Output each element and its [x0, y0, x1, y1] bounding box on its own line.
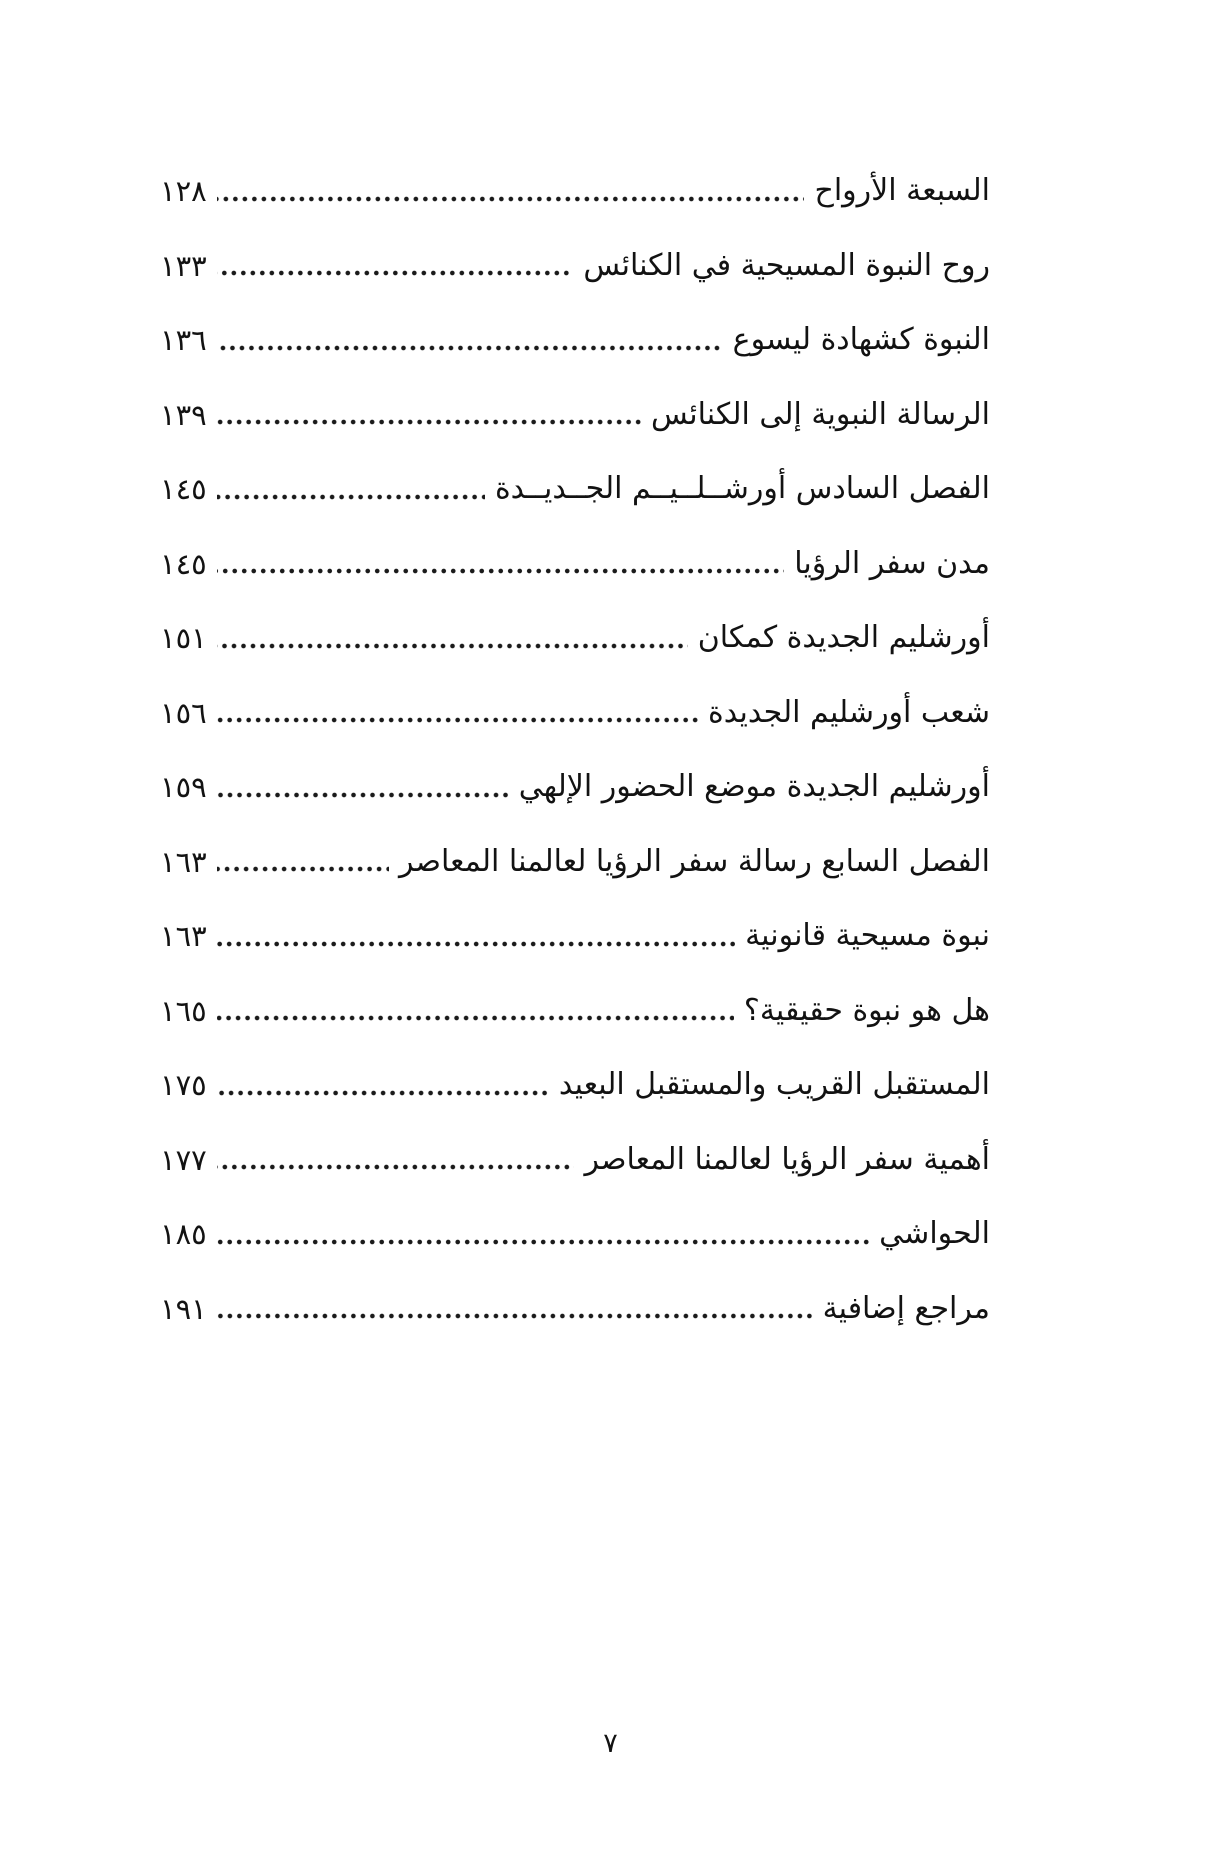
toc-entry-title: مراجع إضافية	[823, 1293, 990, 1325]
toc-dotted-leader	[217, 568, 784, 574]
toc-entry-title: الفصل السادس أورشــلــيــم الجــديــدة	[495, 473, 990, 505]
toc-entry-title: أورشليم الجديدة موضع الحضور الإلهي	[519, 771, 990, 803]
toc-dotted-leader	[217, 792, 509, 798]
toc-row: هل هو نبوة حقيقية؟ ١٦٥	[160, 952, 990, 1027]
toc-page-number: ١٢٨	[160, 176, 207, 206]
toc-entry-title: الحواشي	[879, 1218, 990, 1250]
toc-page-number: ١٥١	[160, 623, 207, 653]
toc-row: أورشليم الجديدة موضع الحضور الإلهي ١٥٩	[160, 728, 990, 803]
toc-page-number: ١٥٩	[160, 772, 207, 802]
toc-dotted-leader	[217, 643, 688, 649]
toc-entry-title: هل هو نبوة حقيقية؟	[744, 995, 990, 1027]
toc-page-number: ١٦٥	[160, 996, 207, 1026]
toc-entry-title: أورشليم الجديدة كمكان	[698, 622, 990, 654]
toc-page-number: ١٧٧	[160, 1145, 207, 1175]
toc-dotted-leader	[217, 196, 805, 202]
toc-entry-title: مدن سفر الرؤيا	[794, 548, 990, 580]
toc-row: مراجع إضافية ١٩١	[160, 1250, 990, 1325]
toc-entry-title: روح النبوة المسيحية في الكنائس	[583, 250, 990, 282]
toc-row: شعب أورشليم الجديدة ١٥٦	[160, 654, 990, 729]
toc-page-number: ١٧٥	[160, 1070, 207, 1100]
toc-page-number: ١٣٦	[160, 325, 207, 355]
toc-list: السبعة الأرواح ١٢٨ روح النبوة المسيحية ف…	[160, 132, 990, 1324]
toc-page-number: ١٣٩	[160, 400, 207, 430]
toc-dotted-leader	[217, 1313, 813, 1319]
toc-row: النبوة كشهادة ليسوع ١٣٦	[160, 281, 990, 356]
toc-page-number: ١٦٣	[160, 921, 207, 951]
page-number-footer: ٧	[0, 1728, 1221, 1759]
toc-entry-title: أهمية سفر الرؤيا لعالمنا المعاصر	[584, 1144, 990, 1176]
toc-dotted-leader	[217, 270, 574, 276]
toc-page-number: ١٩١	[160, 1294, 207, 1324]
toc-page-number: ١٦٣	[160, 847, 207, 877]
toc-entry-title: المستقبل القريب والمستقبل البعيد	[559, 1069, 990, 1101]
toc-entry-title: الفصل السابع رسالة سفر الرؤيا لعالمنا ال…	[399, 846, 990, 878]
toc-row: الرسالة النبوية إلى الكنائس ١٣٩	[160, 356, 990, 431]
toc-entry-title: الرسالة النبوية إلى الكنائس	[651, 399, 990, 431]
toc-page-number: ١٥٦	[160, 698, 207, 728]
toc-row: أهمية سفر الرؤيا لعالمنا المعاصر ١٧٧	[160, 1101, 990, 1176]
toc-page-number: ١٤٥	[160, 474, 207, 504]
toc-dotted-leader	[217, 1164, 575, 1170]
toc-page-number: ١٨٥	[160, 1219, 207, 1249]
toc-row: الفصل السادس أورشــلــيــم الجــديــدة ١…	[160, 430, 990, 505]
toc-row: المستقبل القريب والمستقبل البعيد ١٧٥	[160, 1026, 990, 1101]
toc-dotted-leader	[217, 1239, 869, 1245]
toc-dotted-leader	[217, 345, 723, 351]
toc-page-number: ١٤٥	[160, 549, 207, 579]
toc-row: السبعة الأرواح ١٢٨	[160, 132, 990, 207]
toc-dotted-leader	[217, 494, 485, 500]
toc-dotted-leader	[217, 717, 698, 723]
toc-dotted-leader	[217, 1090, 549, 1096]
toc-page-number: ١٣٣	[160, 251, 207, 281]
toc-entry-title: شعب أورشليم الجديدة	[708, 697, 990, 729]
toc-dotted-leader	[217, 941, 735, 947]
toc-row: روح النبوة المسيحية في الكنائس ١٣٣	[160, 207, 990, 282]
toc-row: مدن سفر الرؤيا ١٤٥	[160, 505, 990, 580]
toc-row: الفصل السابع رسالة سفر الرؤيا لعالمنا ال…	[160, 803, 990, 878]
toc-row: الحواشي ١٨٥	[160, 1175, 990, 1250]
toc-dotted-leader	[217, 866, 389, 872]
toc-dotted-leader	[217, 1015, 734, 1021]
toc-entry-title: نبوة مسيحية قانونية	[745, 920, 990, 952]
toc-dotted-leader	[217, 419, 641, 425]
book-page: السبعة الأرواح ١٢٨ روح النبوة المسيحية ف…	[0, 0, 1221, 1851]
toc-entry-title: النبوة كشهادة ليسوع	[733, 324, 990, 356]
toc-row: أورشليم الجديدة كمكان ١٥١	[160, 579, 990, 654]
toc-entry-title: السبعة الأرواح	[814, 175, 990, 207]
toc-row: نبوة مسيحية قانونية ١٦٣	[160, 877, 990, 952]
